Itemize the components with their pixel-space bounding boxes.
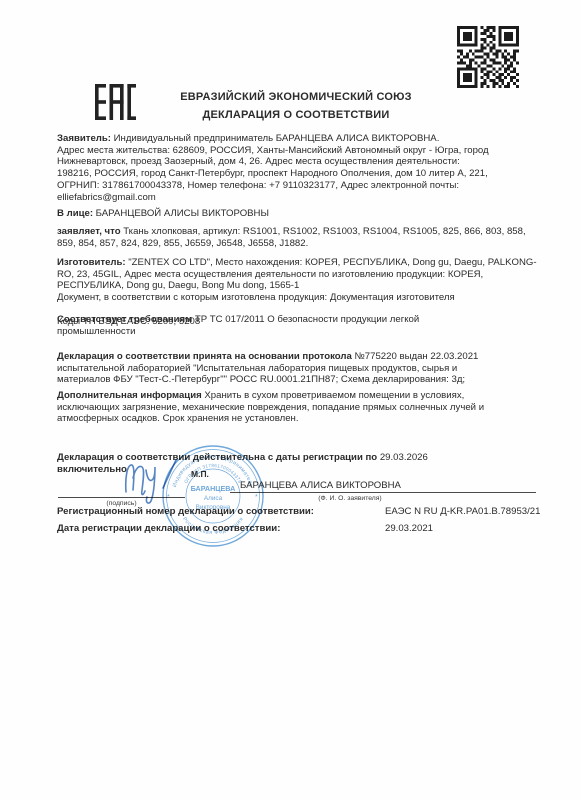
svg-text:Российская Федерация: Российская Федерация — [181, 516, 245, 536]
applicant-label: Заявитель: — [57, 133, 111, 144]
stamp-ring-top-text: Индивидуальный предприниматель — [172, 453, 254, 488]
registration-date-value: 29.03.2021 — [385, 523, 433, 534]
declares-text: Ткань хлопковая, артикул: RS1001, RS1002… — [57, 226, 526, 249]
declares-paragraph: заявляет, что Ткань хлопковая, артикул: … — [57, 226, 551, 249]
compliance-label: Соответствует требованиям — [57, 314, 192, 325]
applicant-paragraph: Заявитель: Индивидуальный предпринимател… — [57, 133, 551, 203]
person-paragraph: В лице: БАРАНЦЕВОЙ АЛИСЫ ВИКТОРОВНЫ — [57, 208, 551, 220]
applicant-text: Индивидуальный предприниматель БАРАНЦЕВА… — [57, 133, 489, 203]
additional-info-paragraph: Дополнительная информация Хранить в сухо… — [57, 390, 551, 425]
stamp-ring-bottom-text: Российская Федерация — [181, 516, 245, 536]
round-stamp: Индивидуальный предприниматель Российска… — [158, 441, 268, 553]
person-text: БАРАНЦЕВОЙ АЛИСЫ ВИКТОРОВНЫ — [93, 208, 269, 219]
fio-line — [230, 492, 536, 493]
svg-text:Индивидуальный предприниматель: Индивидуальный предприниматель — [172, 453, 254, 488]
compliance-paragraph: Соответствует требованиям ТР ТС 017/2011… — [57, 314, 551, 337]
validity-date: 29.03.2026 — [377, 452, 428, 463]
person-label: В лице: — [57, 208, 93, 219]
stamp-star-left: * — [167, 494, 170, 501]
stamp-center-firstname: Алиса — [204, 495, 223, 502]
stamp-center-surname: БАРАНЦЕВА — [191, 484, 236, 493]
validity-suffix: включительно — [57, 464, 127, 475]
union-title: ЕВРАЗИЙСКИЙ ЭКОНОМИЧЕСКИЙ СОЮЗ — [57, 91, 535, 103]
stamp-place-label: М.П. — [191, 469, 209, 479]
fio-caption: (Ф. И. О. заявителя) — [255, 495, 445, 502]
declaration-document: ЕВРАЗИЙСКИЙ ЭКОНОМИЧЕСКИЙ СОЮЗ ДЕКЛАРАЦИ… — [0, 0, 581, 800]
declares-label: заявляет, что — [57, 226, 121, 237]
manufacturer-doc-line: Документ, в соответствии с которым изгот… — [57, 292, 551, 304]
basis-label: Декларация о соответствии принята на осн… — [57, 351, 352, 362]
additional-info-label: Дополнительная информация — [57, 390, 202, 401]
stamp-star-right: * — [255, 494, 258, 501]
manufacturer-label: Изготовитель: — [57, 257, 126, 268]
stamp-center-patronymic: Викторовна — [196, 504, 231, 511]
qr-code — [457, 26, 519, 88]
manufacturer-text: "ZENTEX CO LTD", Место нахождения: КОРЕЯ… — [57, 257, 537, 291]
basis-paragraph: Декларация о соответствии принята на осн… — [57, 351, 551, 386]
page-title: ДЕКЛАРАЦИЯ О СООТВЕТСТВИИ — [57, 109, 535, 121]
registration-number-value: ЕАЭС N RU Д-KR.РА01.В.78953/21 — [385, 506, 540, 517]
